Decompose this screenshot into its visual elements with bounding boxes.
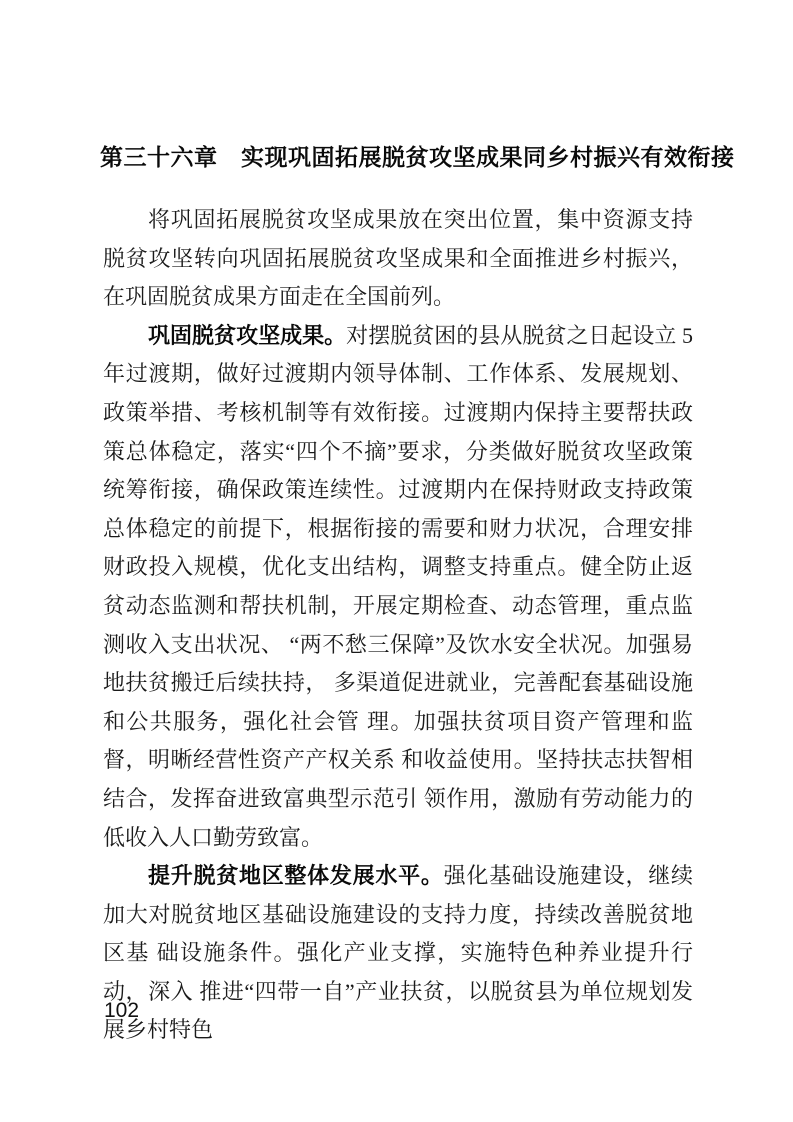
- document-body: 将巩固拓展脱贫攻坚成果放在突出位置，集中资源支持脱贫攻坚转向巩固拓展脱贫攻坚成果…: [103, 201, 693, 1050]
- paragraph-intro: 将巩固拓展脱贫攻坚成果放在突出位置，集中资源支持脱贫攻坚转向巩固拓展脱贫攻坚成果…: [103, 201, 693, 317]
- paragraph-consolidate-achievements: 巩固脱贫攻坚成果。对摆脱贫困的县从脱贫之日起设立 5 年过渡期，做好过渡期内领导…: [103, 317, 693, 857]
- page-number: 102: [104, 998, 139, 1024]
- paragraph-improve-development: 提升脱贫地区整体发展水平。强化基础设施建设，继续加大对脱贫地区基础设施建设的支持…: [103, 857, 693, 1050]
- chapter-title: 第三十六章 实现巩固拓展脱贫攻坚成果同乡村振兴有效衔接: [100, 142, 693, 172]
- paragraph-consolidate-text: 对摆脱贫困的县从脱贫之日起设立 5 年过渡期，做好过渡期内领导体制、工作体系、发…: [103, 323, 693, 850]
- paragraph-improve-lead: 提升脱贫地区整体发展水平。: [148, 863, 444, 888]
- paragraph-consolidate-lead: 巩固脱贫攻坚成果。: [148, 323, 346, 348]
- document-page: 第三十六章 实现巩固拓展脱贫攻坚成果同乡村振兴有效衔接 将巩固拓展脱贫攻坚成果放…: [0, 0, 793, 1122]
- paragraph-intro-text: 将巩固拓展脱贫攻坚成果放在突出位置，集中资源支持脱贫攻坚转向巩固拓展脱贫攻坚成果…: [103, 207, 693, 309]
- paragraph-improve-text: 强化基础设施建设，继续加大对脱贫地区基础设施建设的支持力度，持续改善脱贫地区基 …: [103, 863, 693, 1042]
